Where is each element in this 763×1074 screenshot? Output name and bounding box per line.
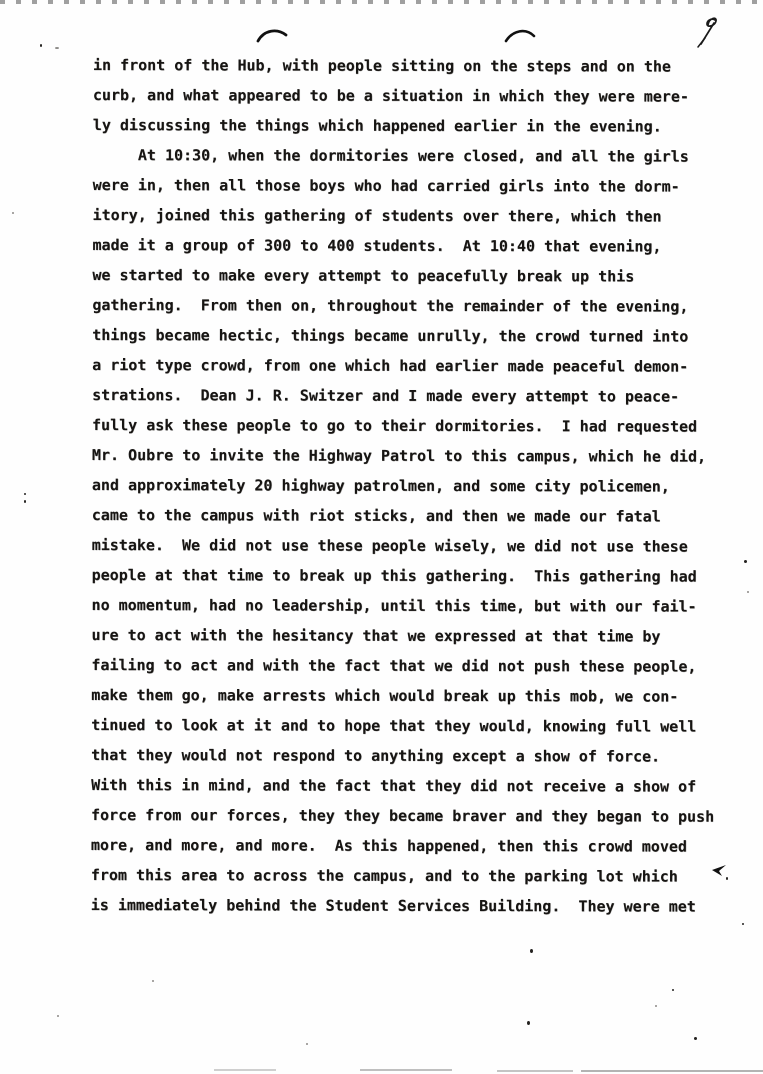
scan-artifact-line [360,1069,452,1071]
text-line: people at that time to break up this gat… [92,560,715,592]
text-line: tinued to look at it and to hope that th… [91,710,714,742]
text-line: Mr. Oubre to invite the Highway Patrol t… [92,440,715,472]
text-line: things became hectic, things became unru… [92,320,715,352]
scan-speck [744,560,747,563]
binder-arc-mark-left [256,28,288,43]
text-line: make them go, make arrests which would b… [91,680,714,712]
scan-speck [747,591,749,593]
text-line: fully ask these people to go to their do… [92,410,715,442]
scan-speck [55,47,59,49]
text-line: gathering. From then on, throughout the … [92,290,715,322]
scan-speck [306,1043,308,1045]
scan-artifact-line [581,1070,763,1072]
text-line: curb, and what appeared to be a situatio… [93,80,716,112]
text-line: itory, joined this gathering of students… [93,200,716,232]
text-line: failing to act and with the fact that we… [91,650,714,682]
text-line: more, and more, and more. As this happen… [91,830,714,862]
scan-speck [742,923,744,925]
document-body-text: in front of the Hub, with people sitting… [91,50,716,922]
text-line: strations. Dean J. R. Switzer and I made… [92,380,715,412]
pen-tick-mark [711,864,729,878]
scan-speck [12,212,14,214]
text-line: from this area to across the campus, and… [91,860,714,892]
handwritten-page-number-mark [693,15,721,51]
text-line: mistake. We did not use these people wis… [92,530,715,562]
text-line: ly discussing the things which happened … [93,110,716,142]
scan-speck [527,1021,530,1025]
scan-speck [57,1015,59,1017]
scan-speck [694,1037,697,1040]
text-line: force from our forces, they they became … [91,800,714,832]
text-line: and approximately 20 highway patrolmen, … [92,470,715,502]
text-line: no momentum, had no leadership, until th… [92,590,715,622]
scan-speck [40,44,42,47]
scanned-document-page: in front of the Hub, with people sitting… [0,0,763,1074]
scan-speck [530,949,533,953]
perforation-edge [0,0,763,4]
scan-artifact-line [214,1069,276,1071]
scan-speck [152,980,154,982]
scan-speck [24,493,26,495]
binder-arc-mark-right [504,28,536,43]
text-line: that they would not respond to anything … [91,740,714,772]
text-line: At 10:30, when the dormitories were clos… [93,140,716,172]
scan-speck [24,500,26,503]
scan-artifact-line [497,1070,573,1072]
text-line: is immediately behind the Student Servic… [91,890,714,922]
text-line: With this in mind, and the fact that the… [91,770,714,802]
text-line: were in, then all those boys who had car… [93,170,716,202]
text-line: we started to make every attempt to peac… [92,260,715,292]
text-line: a riot type crowd, from one which had ea… [92,350,715,382]
text-line: in front of the Hub, with people sitting… [93,50,716,82]
text-line: made it a group of 300 to 400 students. … [92,230,715,262]
scan-speck [672,989,674,991]
scan-speck [655,1005,657,1007]
text-line: ure to act with the hesitancy that we ex… [91,620,714,652]
scan-speck [726,877,728,880]
text-line: came to the campus with riot sticks, and… [92,500,715,532]
